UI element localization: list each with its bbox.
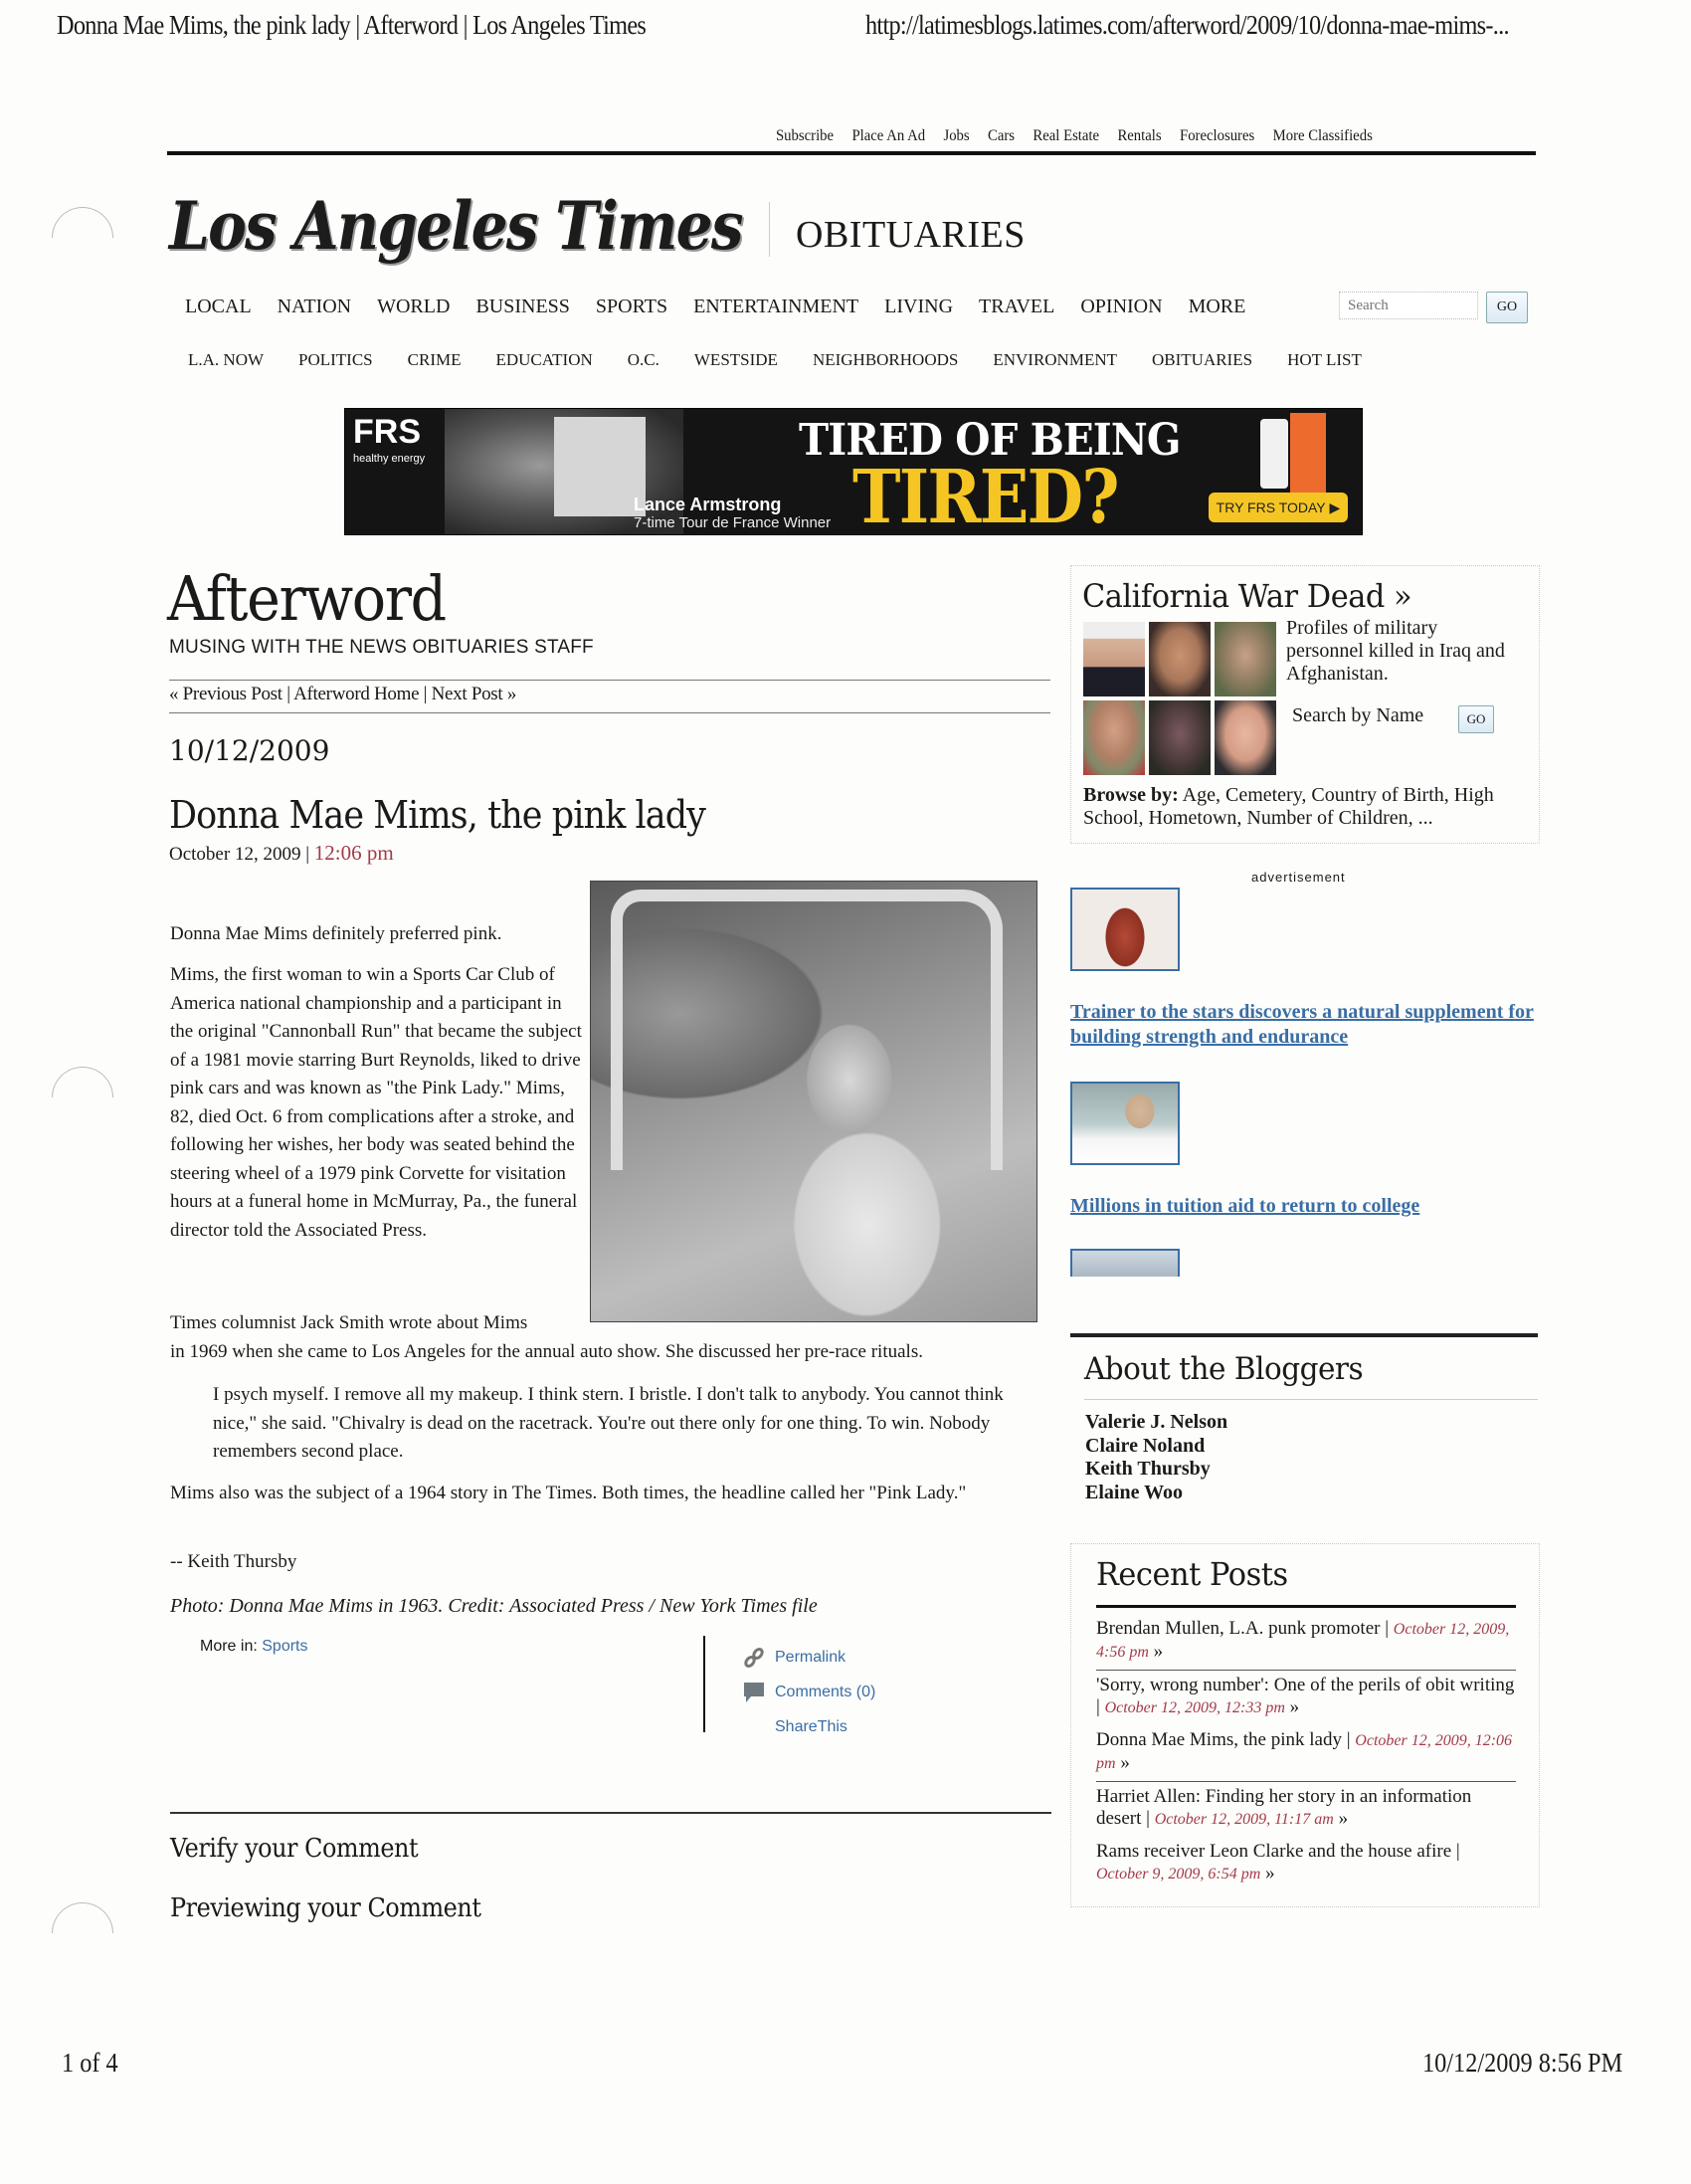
chain-link-icon [741, 1647, 767, 1669]
play-arrow-icon: ▶ [1330, 499, 1341, 516]
nav-world[interactable]: WORLD [377, 296, 450, 318]
verify-comment-heading: Verify your Comment [170, 1834, 418, 1864]
comments-link[interactable]: Comments (0) [741, 1675, 875, 1709]
print-timestamp: 10/12/2009 8:56 PM [1422, 2048, 1622, 2079]
post-nav-rule-top [169, 680, 1050, 681]
preview-comment-heading: Previewing your Comment [170, 1893, 480, 1923]
nav-travel[interactable]: TRAVEL [979, 296, 1054, 318]
post-navigation: « Previous Post | Afterword Home | Next … [169, 684, 516, 705]
ad-product-box-icon [1290, 413, 1326, 498]
recent-posts-rule [1096, 1605, 1516, 1608]
recent-post-item[interactable]: 'Sorry, wrong number': One of the perils… [1096, 1671, 1516, 1725]
speech-bubble-icon [741, 1681, 767, 1704]
afterword-home-link[interactable]: Afterword Home [293, 684, 419, 704]
punch-hole [52, 1902, 113, 1933]
subnav-hot-list[interactable]: HOT LIST [1287, 350, 1362, 370]
nav-more[interactable]: MORE [1189, 296, 1246, 318]
comments-rule [170, 1812, 1051, 1814]
post-paragraph: Mims, the first woman to win a Sports Ca… [170, 961, 588, 1245]
about-rule [1070, 1333, 1538, 1337]
profile-photo[interactable] [1149, 700, 1211, 775]
nav-entertainment[interactable]: ENTERTAINMENT [693, 296, 858, 318]
subnav-neighborhoods[interactable]: NEIGHBORHOODS [813, 350, 958, 370]
post-paragraph: Mims also was the subject of a 1964 stor… [170, 1480, 1045, 1508]
subnav-la-now[interactable]: L.A. NOW [188, 350, 264, 370]
war-dead-search-label: Search by Name [1292, 704, 1423, 727]
blog-title[interactable]: Afterword [167, 562, 446, 635]
photo-caption: Photo: Donna Mae Mims in 1963. Credit: A… [170, 1592, 818, 1621]
ad-link-tuition[interactable]: Millions in tuition aid to return to col… [1070, 1194, 1538, 1219]
ad-headline-2: TIRED? [852, 455, 1118, 535]
nav-business[interactable]: BUSINESS [475, 296, 569, 318]
subnav-obituaries[interactable]: OBITUARIES [1152, 350, 1252, 370]
utility-link-real-estate[interactable]: Real Estate [1033, 127, 1099, 145]
share-this-link[interactable]: ShareThis [741, 1709, 875, 1744]
nav-sports[interactable]: SPORTS [596, 296, 667, 318]
banner-ad[interactable]: FRS healthy energy Lance Armstrong 7-tim… [344, 408, 1363, 535]
profile-photo[interactable] [1215, 622, 1276, 696]
next-post-link[interactable]: Next Post » [432, 684, 516, 704]
utility-link-place-ad[interactable]: Place An Ad [851, 127, 925, 145]
ad-brand-logo: FRS [353, 413, 421, 452]
logo-divider [769, 202, 770, 257]
post-date: October 12, 2009 [169, 844, 300, 865]
ad-cta-button[interactable]: TRY FRS TODAY ▶ [1209, 493, 1348, 522]
subnav-environment[interactable]: ENVIRONMENT [993, 350, 1117, 370]
recent-posts-list: Brendan Mullen, L.A. punk promoter | Oct… [1096, 1614, 1516, 1891]
subnav-westside[interactable]: WESTSIDE [694, 350, 778, 370]
utility-nav: Subscribe Place An Ad Jobs Cars Real Est… [776, 127, 1373, 145]
about-divider [1084, 1399, 1538, 1400]
nav-opinion[interactable]: OPINION [1080, 296, 1162, 318]
site-logo[interactable]: Los Angeles Times [169, 187, 742, 265]
punch-hole [52, 207, 113, 238]
ad-person-name: Lance Armstrong [634, 495, 781, 515]
photo-roll-bar [611, 890, 1003, 1170]
subnav-education[interactable]: EDUCATION [495, 350, 592, 370]
blogger-link[interactable]: Keith Thursby [1085, 1458, 1227, 1482]
utility-link-cars[interactable]: Cars [988, 127, 1015, 145]
print-page-title: Donna Mae Mims, the pink lady | Afterwor… [57, 10, 646, 41]
profile-photo[interactable] [1215, 700, 1276, 775]
subnav-crime[interactable]: CRIME [408, 350, 462, 370]
nav-nation[interactable]: NATION [278, 296, 351, 318]
ad-thumbnail-trainer[interactable] [1070, 888, 1180, 971]
blogger-link[interactable]: Claire Noland [1085, 1435, 1227, 1459]
profile-photo[interactable] [1149, 622, 1211, 696]
recent-post-item[interactable]: Brendan Mullen, L.A. punk promoter | Oct… [1096, 1614, 1516, 1671]
section-title[interactable]: OBITUARIES [796, 213, 1026, 257]
post-signature: -- Keith Thursby [170, 1548, 296, 1577]
war-dead-description: Profiles of military personnel killed in… [1286, 617, 1505, 686]
post-paragraph: Donna Mae Mims definitely preferred pink… [170, 920, 588, 949]
print-page-url: http://latimesblogs.latimes.com/afterwor… [865, 10, 1509, 41]
secondary-nav: L.A. NOW POLITICS CRIME EDUCATION O.C. W… [188, 350, 1397, 370]
ad-product-can-icon [1260, 419, 1288, 489]
post-nav-rule-bottom [169, 712, 1050, 713]
header-rule [167, 151, 1536, 155]
blogger-link[interactable]: Valerie J. Nelson [1085, 1411, 1227, 1435]
ad-brand-tagline: healthy energy [353, 453, 425, 465]
recent-posts-title: Recent Posts [1096, 1555, 1288, 1593]
blog-subtitle: MUSING WITH THE NEWS OBITUARIES STAFF [169, 637, 594, 659]
recent-post-item[interactable]: Rams receiver Leon Clarke and the house … [1096, 1837, 1516, 1891]
permalink-link[interactable]: Permalink [741, 1640, 875, 1675]
subnav-oc[interactable]: O.C. [628, 350, 659, 370]
war-dead-photo-grid [1083, 622, 1276, 775]
search-input[interactable] [1339, 292, 1478, 319]
utility-link-subscribe[interactable]: Subscribe [776, 127, 834, 145]
recent-post-item[interactable]: Harriet Allen: Finding her story in an i… [1096, 1782, 1516, 1837]
more-in: More in: Sports [200, 1638, 308, 1656]
profile-photo[interactable] [1083, 622, 1145, 696]
print-page-number: 1 of 4 [62, 2048, 118, 2079]
post-time: 12:06 pm [314, 841, 394, 865]
profile-photo[interactable] [1083, 700, 1145, 775]
advertisement-label: advertisement [1251, 870, 1346, 885]
category-link-sports[interactable]: Sports [262, 1638, 307, 1655]
ad-link-trainer[interactable]: Trainer to the stars discovers a natural… [1070, 1000, 1538, 1050]
utility-link-rentals[interactable]: Rentals [1117, 127, 1161, 145]
post-paragraph: in 1969 when she came to Los Angeles for… [170, 1338, 1045, 1367]
utility-link-jobs[interactable]: Jobs [943, 127, 969, 145]
post-paragraph: Times columnist Jack Smith wrote about M… [170, 1309, 588, 1338]
actions-divider [703, 1636, 705, 1732]
recent-post-item[interactable]: Donna Mae Mims, the pink lady | October … [1096, 1725, 1516, 1782]
punch-hole [52, 1067, 113, 1097]
nav-living[interactable]: LIVING [884, 296, 953, 318]
ad-photo-window [554, 417, 646, 516]
ad-thumbnail-tuition[interactable] [1070, 1082, 1180, 1165]
ad-thumbnail-partial[interactable] [1070, 1249, 1180, 1277]
post-photo [590, 881, 1037, 1322]
ad-person-subtitle: 7-time Tour de France Winner [634, 514, 831, 531]
subnav-politics[interactable]: POLITICS [298, 350, 373, 370]
post-actions: Permalink Comments (0) ShareThis [741, 1640, 875, 1744]
previous-post-link[interactable]: « Previous Post [169, 684, 282, 704]
war-dead-title-link[interactable]: California War Dead » [1082, 577, 1411, 615]
post-blockquote: I psych myself. I remove all my makeup. … [213, 1381, 1009, 1467]
search-go-button[interactable]: GO [1486, 292, 1528, 323]
utility-link-foreclosures[interactable]: Foreclosures [1180, 127, 1254, 145]
war-dead-go-button[interactable]: GO [1458, 705, 1494, 733]
blogger-list: Valerie J. Nelson Claire Noland Keith Th… [1085, 1411, 1227, 1504]
about-bloggers-title: About the Bloggers [1084, 1351, 1363, 1387]
nav-local[interactable]: LOCAL [185, 296, 252, 318]
browse-label: Browse by: [1083, 784, 1179, 806]
utility-link-more-classifieds[interactable]: More Classifieds [1273, 127, 1373, 145]
date-heading: 10/12/2009 [169, 734, 329, 767]
blogger-link[interactable]: Elaine Woo [1085, 1482, 1227, 1505]
war-dead-browse: Browse by: Age, Cemetery, Country of Bir… [1083, 784, 1521, 830]
post-title[interactable]: Donna Mae Mims, the pink lady [169, 793, 705, 837]
post-timestamp: October 12, 2009 | 12:06 pm [169, 841, 394, 866]
primary-nav: LOCAL NATION WORLD BUSINESS SPORTS ENTER… [185, 296, 1271, 318]
